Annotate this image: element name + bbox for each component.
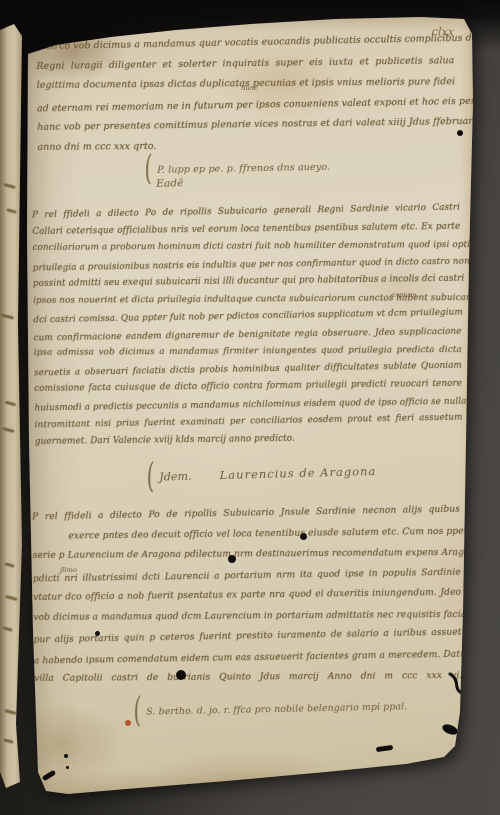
manuscript-photo: clxx Jdcirco vob dicimus a mandamus quar… [0,0,500,815]
ink-blot [42,770,57,782]
ink-spot [95,631,100,636]
manuscript-paragraph-3: P rel ffideli a dilecto Po de ripollis S… [32,501,462,691]
heading-idem: Jdem. [159,470,192,484]
interlinear-word: nunc [241,84,258,92]
scribal-bracket-mark: ( [132,688,144,730]
subscription-text: P. lupp ep pe. p. ffrenos dns aueyo. [157,162,330,176]
ink-spot [66,766,69,769]
scribal-bracket-mark: ( [145,454,157,496]
ink-spot [176,670,186,680]
ink-spot [457,130,463,136]
manuscript-page: clxx Jdcirco vob dicimus a mandamus quar… [16,12,476,800]
subscription-line: (P. lupp ep pe. p. ffrenos dns aueyo. [144,151,330,178]
closing-text: S. bertho. d. jo. r. ffca pro nobile bel… [146,701,407,717]
page-wrap: clxx Jdcirco vob dicimus a mandamus quar… [16,12,476,800]
heading-eadem: Eadē [156,177,184,190]
ink-spot [300,533,307,540]
manuscript-paragraph-1: Jdcirco vob dicimus a mandamus quar voca… [36,30,456,159]
interlinear-word: jllmo [60,566,77,574]
ink-stroke [444,672,472,710]
heading-row: (Jdem.Laurencius de Aragona [146,456,377,486]
closing-line: (S. bertho. d. jo. r. ffca pro nobile be… [133,690,407,720]
ink-blot [441,722,459,736]
red-wax-spot [125,720,131,726]
ink-blot [376,745,394,752]
interlinear-word: exptam [391,291,416,299]
manuscript-paragraph-2: P rel ffideli a dilecto Po de ripollis S… [32,201,463,451]
heading-laurencius: Laurencius de Aragona [219,464,376,482]
ink-spot [64,754,68,758]
manuscript-text-line: villa Capitolii castri de burrianis Quin… [34,666,462,689]
ink-spot [228,555,236,563]
